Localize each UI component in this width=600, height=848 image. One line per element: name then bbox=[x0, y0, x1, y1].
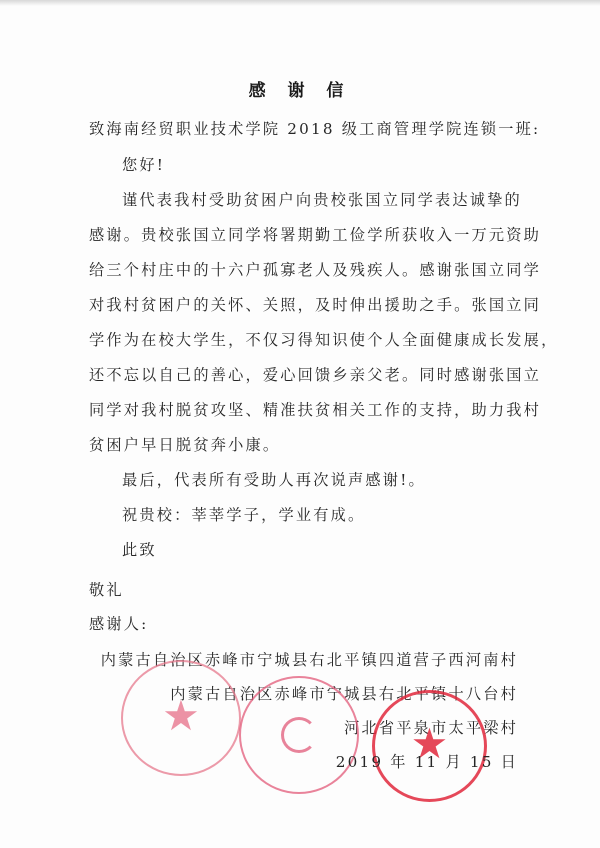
stamp-pingquan-community: ★ bbox=[372, 690, 487, 802]
emblem-icon bbox=[281, 717, 317, 753]
closing-thanks: 最后，代表所有受助人再次说声感谢!。 bbox=[122, 470, 426, 490]
wish-line: 祝贵校：莘莘学子，学业有成。 bbox=[122, 505, 365, 525]
body-line: 对我村贫困户的关怀、关照，及时伸出援助之手。张国立同 bbox=[89, 295, 541, 315]
scan-edge-shadow bbox=[0, 0, 600, 6]
body-line: 还不忘以自己的善心，爱心回馈乡亲父老。同时感谢张国立 bbox=[89, 365, 541, 385]
jing-li: 敬礼 bbox=[89, 580, 124, 600]
greeting: 您好! bbox=[122, 155, 165, 175]
letter-date: 2019 年 11 月 15 日 bbox=[336, 752, 518, 772]
letter-title: 感 谢 信 bbox=[0, 76, 600, 101]
body-line: 贫困户早日脱贫奔小康。 bbox=[89, 435, 280, 455]
body-line: 学作为在校大学生，不仅习得知识使个人全面健康成长发展， bbox=[89, 330, 558, 350]
stamp-xihenan-village-committee: ★ bbox=[121, 660, 241, 776]
body-line: 感谢。贵校张国立同学将署期勤工俭学所获收入一万元资助 bbox=[89, 225, 541, 245]
ci-zhi: 此致 bbox=[122, 540, 157, 560]
body-line: 给三个村庄中的十六户孤寡老人及残疾人。感谢张国立同学 bbox=[89, 260, 541, 280]
star-icon: ★ bbox=[162, 695, 200, 737]
signer-label: 感谢人: bbox=[89, 614, 148, 634]
body-line: 谨代表我村受助贫困户向贵校张国立同学表达诚挚的 bbox=[122, 190, 522, 210]
body-line: 同学对我村脱贫攻坚、精准扶贫相关工作的支持，助力我村 bbox=[89, 400, 541, 420]
stamp-shibatai-village-branch bbox=[239, 676, 359, 794]
salutation-recipient: 致海南经贸职业技术学院 2018 级工商管理学院连锁一班: bbox=[89, 119, 540, 139]
